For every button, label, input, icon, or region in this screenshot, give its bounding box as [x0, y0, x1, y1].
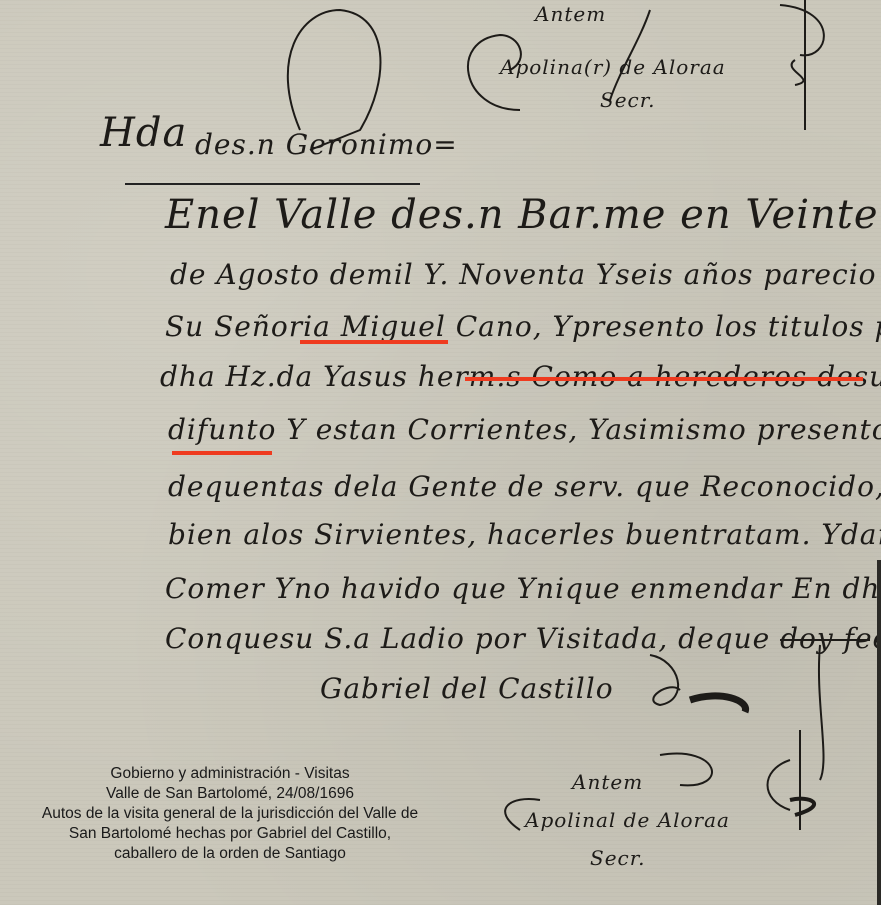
- document-caption: Gobierno y administración - Visitas Vall…: [0, 764, 460, 864]
- page-edge: [877, 560, 881, 905]
- caption-line-2: Valle de San Bartolomé, 24/08/1696: [0, 784, 460, 804]
- caption-line-3: Autos de la visita general de la jurisdi…: [0, 804, 460, 824]
- caption-line-1: Gobierno y administración - Visitas: [0, 764, 460, 784]
- caption-line-5: caballero de la orden de Santiago: [0, 844, 460, 864]
- manuscript-page: Antem Apolina(r) de Aloraa Secr. Hda des…: [0, 0, 881, 905]
- caption-line-4: San Bartolomé hechas por Gabriel del Cas…: [0, 824, 460, 844]
